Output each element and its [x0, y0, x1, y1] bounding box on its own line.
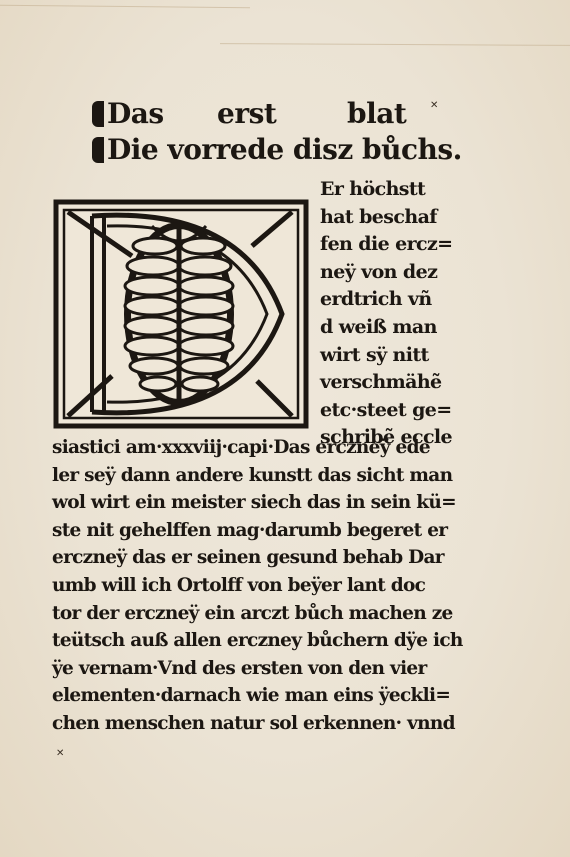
text-line: ler seÿ dann andere kunstt das sicht man	[52, 462, 444, 490]
text-line: siastici am·xxxviij·capi·Das erczneÿ ede	[52, 434, 444, 462]
heading-line-2: Die vorrede disz bůchs.	[92, 132, 484, 168]
text-line: etc·steet ge=	[320, 397, 448, 425]
heading-word: Das	[107, 96, 217, 132]
heading-word: Die vorrede disz bůchs.	[107, 132, 462, 168]
paragraph-mark-icon	[92, 137, 104, 163]
text-line: umb will ich Ortolff von beÿer lant doc	[52, 572, 444, 600]
paragraph-mark-icon	[92, 101, 104, 127]
text-line: ste nit gehelffen mag·darumb begeret er	[52, 517, 444, 545]
text-line: tor der erczneÿ ein arczt bůch machen ze	[52, 600, 444, 628]
heading-word: erst	[217, 96, 347, 132]
text-line: fen die ercz=	[320, 231, 448, 259]
book-page: Daserstblat Die vorrede disz bůchs.	[0, 0, 570, 857]
heading-word: blat	[347, 96, 406, 132]
text-line: teütsch auß allen erczney bůchern dÿe ic…	[52, 627, 444, 655]
text-line: wol wirt ein meister siech das in sein k…	[52, 489, 444, 517]
text-line: elementen·darnach wie man eins ÿeckli=	[52, 682, 444, 710]
heading-line-1: Daserstblat	[92, 96, 484, 132]
paper-crease	[0, 5, 250, 9]
text-line: ÿe vernam·Vnd des ersten von den vier	[52, 655, 444, 683]
text-line: erczneÿ das er seinen gesund behab Dar	[52, 544, 444, 572]
decorated-initial-icon	[52, 196, 310, 432]
ink-speck: ✕	[56, 748, 64, 759]
paper-crease	[220, 43, 570, 46]
text-line: chen menschen natur sol erkennen· vnnd	[52, 710, 444, 738]
side-column: Er höchstt hat beschaf fen die ercz= neÿ…	[320, 176, 448, 452]
text-line: d weiß man	[320, 314, 448, 342]
text-line: verschmähẽ	[320, 369, 448, 397]
ink-speck: ✕	[430, 100, 438, 111]
text-line: erdtrich vñ	[320, 286, 448, 314]
woodcut-initial-d	[52, 196, 310, 432]
text-line: hat beschaf	[320, 204, 448, 232]
main-column: siastici am·xxxviij·capi·Das erczneÿ ede…	[52, 434, 444, 738]
text-block: Daserstblat Die vorrede disz bůchs.	[52, 96, 444, 168]
text-line: wirt sÿ nitt	[320, 342, 448, 370]
text-line: neÿ von dez	[320, 259, 448, 287]
text-line: Er höchstt	[320, 176, 448, 204]
